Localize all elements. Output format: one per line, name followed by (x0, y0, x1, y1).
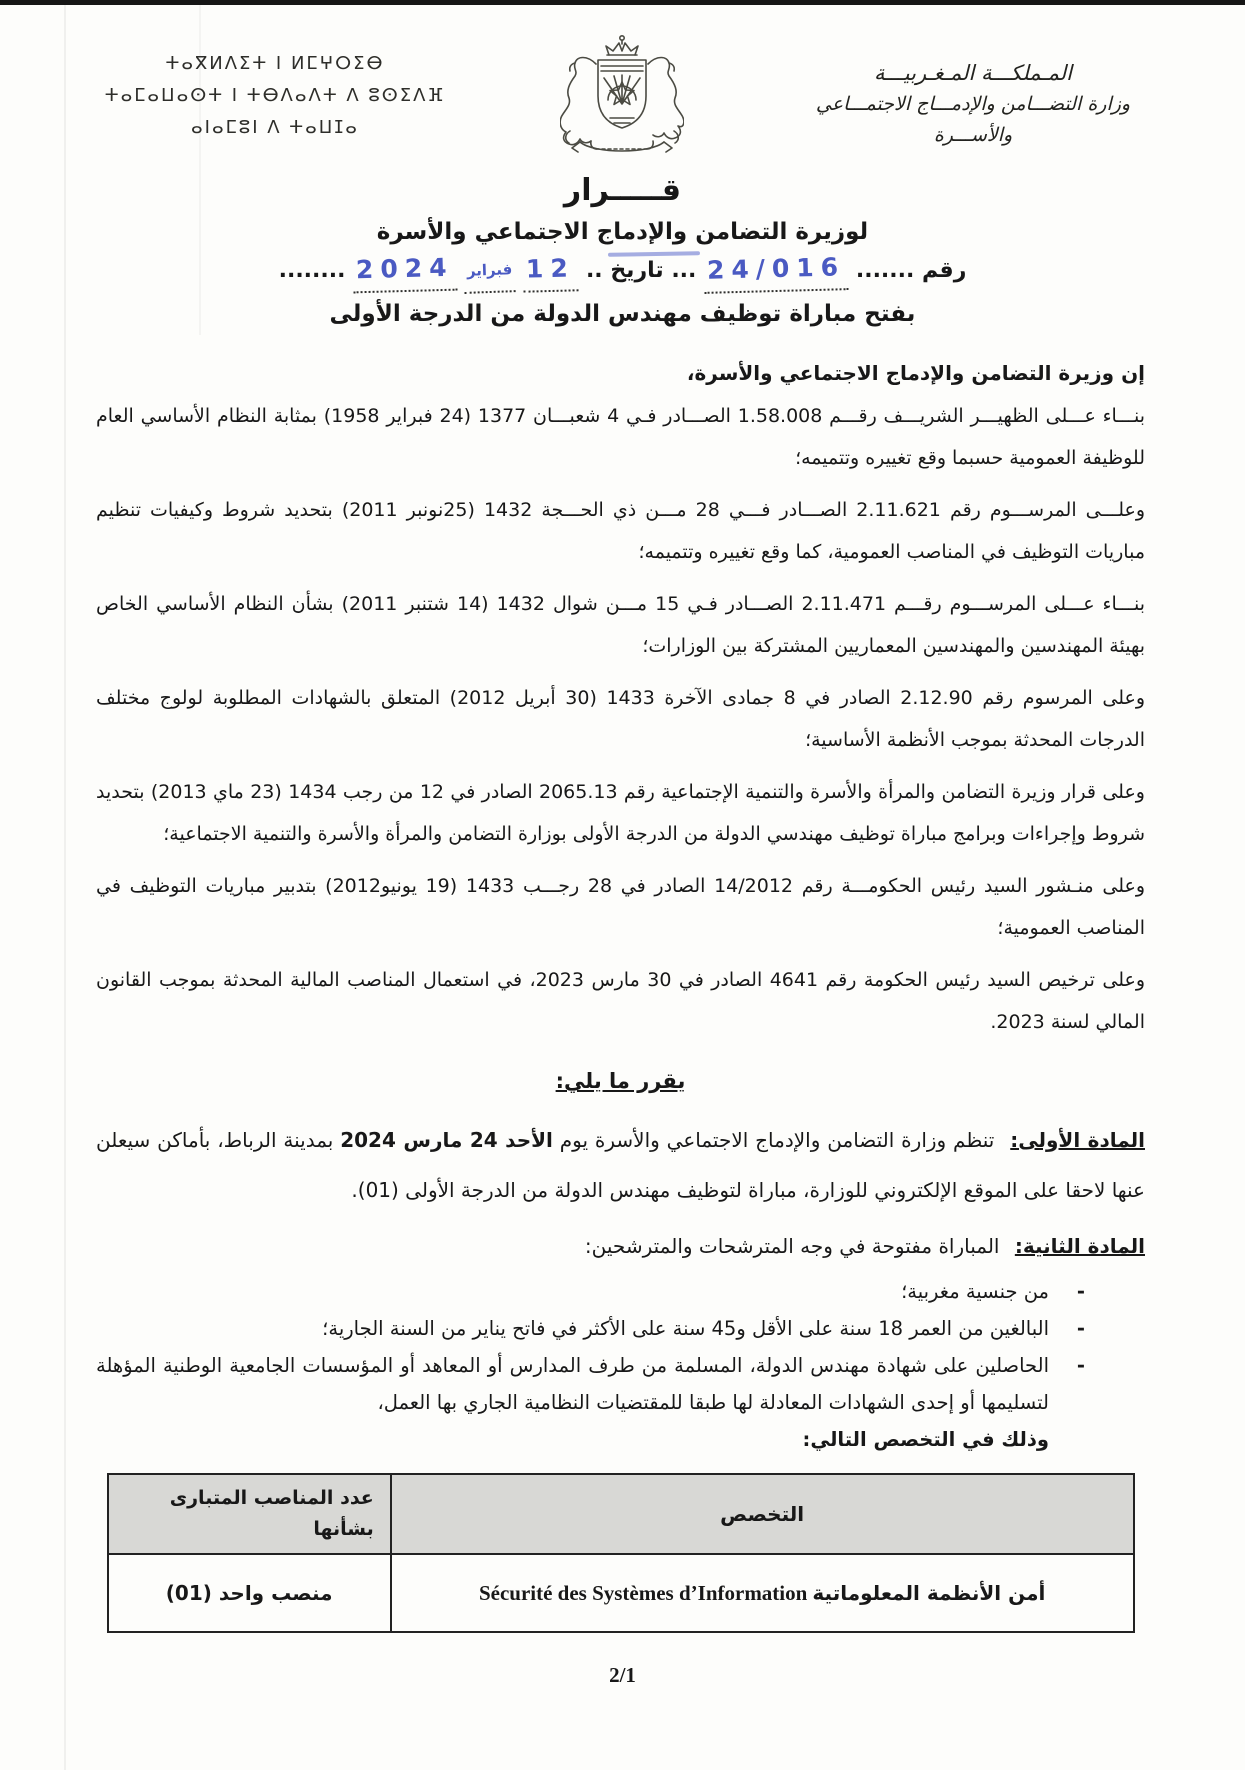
tifinagh-ministry-line: ⵜⴰⵎⴰⵡⴰⵙⵜ ⵏ ⵜⴱⴷⴰⴷⵜ ⴷ ⵓⵙⵉⴷⴼ (60, 80, 490, 112)
document-page: ⵜⴰⴳⵍⴷⵉⵜ ⵏ ⵍⵎⵖⵔⵉⴱ ⵜⴰⵎⴰⵡⴰⵙⵜ ⵏ ⵜⴱⴷⴰⴷⵜ ⴷ ⵓⵙⵉ… (0, 0, 1245, 1770)
header-positions-line2: بشأنها (110, 1514, 374, 1545)
date-label: تاريخ (610, 258, 663, 283)
arabic-header-block: المـملكـــة المـغـربيـــة وزارة التضـــا… (753, 58, 1193, 151)
condition-item: - الحاصلين على شهادة مهندس الدولة، المسل… (96, 1347, 1145, 1458)
dotted-leader: .. (586, 258, 603, 283)
condition-text: البالغين من العمر 18 سنة على الأقل و45 س… (322, 1317, 1049, 1340)
document-footer: 2/1 (0, 1663, 1245, 1688)
handwritten-year: 2024 (353, 248, 458, 294)
specialty-table: التخصص عدد المناصب المتبارى بشأنها أمن ا… (107, 1473, 1135, 1633)
preamble-paragraph: وعلى ترخيص السيد رئيس الحكومة رقم 4641 ا… (96, 959, 1145, 1043)
minister-title-line: لوزيرة التضامن والإدماج الاجتماعي والأسر… (0, 219, 1245, 245)
header-positions-line1: عدد المناصب المتبارى (110, 1483, 374, 1514)
article-2-label: المادة الثانية: (1015, 1234, 1145, 1258)
dash-bullet-icon: - (1077, 1273, 1085, 1310)
header-cell-positions: عدد المناصب المتبارى بشأنها (108, 1474, 391, 1554)
table-row: أمن الأنظمة المعلوماتية Sécurité des Sys… (108, 1554, 1134, 1632)
handwritten-month: فبراير (464, 249, 517, 294)
article-2: المادة الثانية: المباراة مفتوحة في وجه ا… (96, 1221, 1145, 1271)
decision-heading: يقرر ما يلي: (96, 1069, 1145, 1093)
subject-line: بفتح مباراة توظيف مهندس الدولة من الدرجة… (0, 301, 1245, 327)
scan-edge-artifact (0, 0, 1245, 5)
ink-smear-artifact (608, 251, 700, 257)
document-header: ⵜⴰⴳⵍⴷⵉⵜ ⵏ ⵍⵎⵖⵔⵉⴱ ⵜⴰⵎⴰⵡⴰⵙⵜ ⵏ ⵜⴱⴷⴰⴷⵜ ⴷ ⵓⵙⵉ… (60, 28, 1193, 160)
left-lion-icon (560, 58, 597, 150)
preamble-paragraph: وعلى المرسوم رقم 2.12.90 الصادر في 8 جما… (96, 677, 1145, 761)
preamble-intro: إن وزيرة التضامن والإدماج الاجتماعي والأ… (96, 361, 1145, 385)
specialty-french: Sécurité des Systèmes d’Information (479, 1581, 807, 1605)
article-1-date: الأحد 24 مارس 2024 (340, 1128, 553, 1152)
dotted-leader: ....... (856, 258, 915, 283)
kingdom-name: المـملكـــة المـغـربيـــة (753, 58, 1193, 89)
condition-item: - البالغين من العمر 18 سنة على الأقل و45… (96, 1310, 1145, 1347)
article-1-label: المادة الأولى: (1010, 1128, 1145, 1152)
number-date-line: رقم ....... 016‏/‏24 ... تاريخ .. 12 فبر… (0, 249, 1245, 295)
condition-text: من جنسية مغربية؛ (901, 1280, 1049, 1303)
conditions-list: - من جنسية مغربية؛ - البالغين من العمر 1… (96, 1273, 1145, 1458)
dotted-leader: ... (671, 258, 696, 283)
specialty-arabic: أمن الأنظمة المعلوماتية (812, 1581, 1045, 1605)
dotted-leader: ........ (279, 258, 346, 283)
coat-of-arms (560, 30, 684, 168)
title-block: قـــــرار لوزيرة التضامن والإدماج الاجتم… (0, 173, 1245, 327)
condition-item: - من جنسية مغربية؛ (96, 1273, 1145, 1310)
dash-bullet-icon: - (1077, 1347, 1085, 1384)
cell-positions: منصب واحد (01) (108, 1554, 391, 1632)
cell-specialty: أمن الأنظمة المعلوماتية Sécurité des Sys… (391, 1554, 1134, 1632)
article-1-text: تنظم وزارة التضامن والإدماج الاجتماعي وا… (560, 1128, 995, 1152)
page-number: 2/1 (0, 1663, 1245, 1688)
preamble-paragraph: وعلى قرار وزيرة التضامن والمرأة والأسرة … (96, 771, 1145, 855)
article-1: المادة الأولى: تنظم وزارة التضامن والإدم… (96, 1115, 1145, 1215)
handwritten-day: 12 (523, 248, 579, 292)
header-cell-specialty: التخصص (391, 1474, 1134, 1554)
article-2-text: المباراة مفتوحة في وجه المترشحات والمترش… (585, 1234, 1000, 1258)
condition-text: الحاصلين على شهادة مهندس الدولة، المسلمة… (96, 1354, 1049, 1414)
decree-title: قـــــرار (0, 173, 1245, 208)
preamble-paragraph: وعلى منـشور السيد رئيس الحكومـــة رقم 14… (96, 865, 1145, 949)
dash-bullet-icon: - (1077, 1310, 1085, 1347)
document-body: إن وزيرة التضامن والإدماج الاجتماعي والأ… (96, 361, 1145, 1633)
condition-tail: وذلك في التخصص التالي: (96, 1421, 1049, 1458)
tifinagh-kingdom-line: ⵜⴰⴳⵍⴷⵉⵜ ⵏ ⵍⵎⵖⵔⵉⴱ (60, 48, 490, 80)
handwritten-decree-number: 016‏/‏24 (704, 247, 849, 294)
number-label: رقم (922, 258, 966, 283)
right-lion-icon (647, 58, 684, 150)
table-header-row: التخصص عدد المناصب المتبارى بشأنها (108, 1474, 1134, 1554)
preamble-paragraph: وعلـــى المرســـوم رقم 2.11.621 الصـــاد… (96, 489, 1145, 573)
preamble-paragraph: بنـــاء عـــلى الظهيـــر الشريـــف رقـــ… (96, 395, 1145, 479)
ministry-name-line1: وزارة التضـــامن والإدمـــاج الاجتمـــاع… (753, 89, 1193, 120)
ministry-name-line2: والأســـرة (753, 120, 1193, 151)
tifinagh-ministry-line2: ⴰⵏⴰⵎⵓⵏ ⴷ ⵜⴰⵡⵊⴰ (60, 112, 490, 144)
morocco-coat-of-arms-icon (560, 30, 684, 168)
preamble-paragraph: بنـــاء عـــلى المرســـوم رقـــم 2.11.47… (96, 583, 1145, 667)
tifinagh-header-block: ⵜⴰⴳⵍⴷⵉⵜ ⵏ ⵍⵎⵖⵔⵉⴱ ⵜⴰⵎⴰⵡⴰⵙⵜ ⵏ ⵜⴱⴷⴰⴷⵜ ⴷ ⵓⵙⵉ… (60, 48, 490, 144)
